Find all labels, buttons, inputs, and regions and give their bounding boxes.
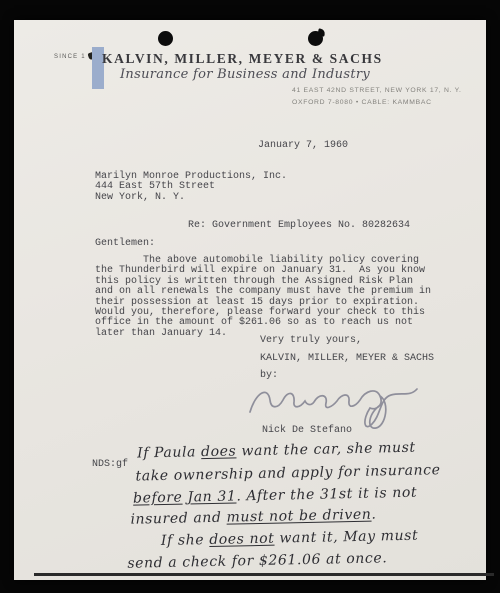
recipient-address-block: Marilyn Monroe Productions, Inc. 444 Eas…: [95, 172, 287, 203]
letterhead-phone-cable: OXFORD 7-8080 • CABLE: KAMMBAC: [292, 99, 432, 106]
salutation: Gentlemen:: [95, 239, 155, 249]
annotation-line: insured and must not be driven.: [130, 507, 376, 528]
scan-edge-artifact: [34, 573, 494, 576]
annotation-line: send a check for $261.06 at once.: [127, 550, 387, 571]
hole-punch-left: [158, 31, 173, 46]
letterhead-address: 41 EAST 42ND STREET, NEW YORK 17, N. Y.: [292, 87, 462, 94]
company-name: KALVIN, MILLER, MEYER & SACHS: [102, 51, 383, 67]
annotation-line: before Jan 31. After the 31st it is not: [133, 485, 417, 507]
letter-paper: SINCE 1 KALVIN, MILLER, MEYER & SACHS In…: [14, 20, 486, 580]
handwritten-annotation: If Paula does want the car, she must tak…: [14, 10, 486, 20]
hole-punch-tail: [317, 28, 325, 36]
company-tagline: Insurance for Business and Industry: [120, 67, 370, 82]
annotation-line: If she does not want it, May must: [161, 528, 419, 549]
annotation-line: take ownership and apply for insurance: [135, 462, 440, 484]
hole-punch-right: [308, 31, 323, 46]
annotation-line: If Paula does want the car, she must: [137, 440, 416, 462]
scanned-letter-photo: { "scan": { "background": "#060606", "pa…: [0, 0, 500, 593]
re-line: Re: Government Employees No. 80282634: [188, 221, 410, 231]
company-signature-line: KALVIN, MILLER, MEYER & SACHS: [260, 354, 434, 364]
letter-date: January 7, 1960: [258, 141, 348, 151]
closing-line: Very truly yours,: [260, 336, 362, 346]
signer-name: Nick De Stefano: [262, 426, 352, 436]
reference-initials: NDS:gf: [92, 460, 128, 470]
letter-body: The above automobile liability policy co…: [95, 256, 431, 339]
